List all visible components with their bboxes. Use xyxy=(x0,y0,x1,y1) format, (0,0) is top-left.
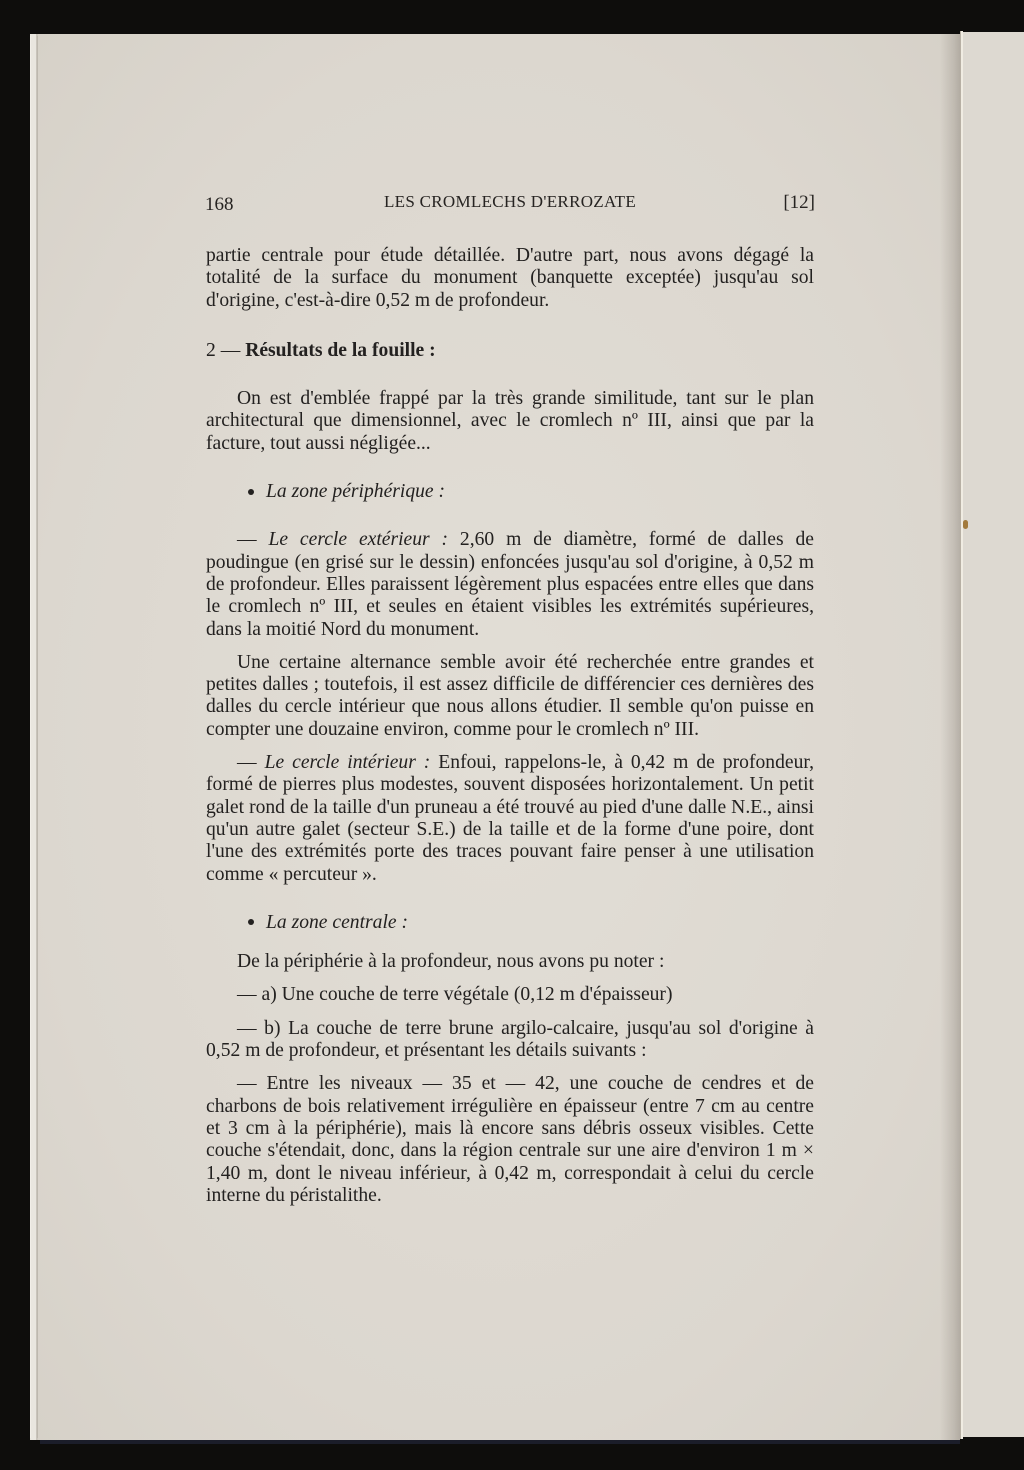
paragraph-alternance: Une certaine alternance semble avoir été… xyxy=(206,652,814,741)
paragraph-cercle-interieur: — Le cercle intérieur : Enfoui, rappelon… xyxy=(206,752,814,886)
bullet-label: La zone périphérique : xyxy=(266,481,445,502)
bullet-icon xyxy=(248,919,254,925)
running-title: LES CROMLECHS D'ERROZATE xyxy=(205,192,815,212)
facing-page-edge xyxy=(963,32,1024,1437)
paragraph-similitude: On est d'emblée frappé par la très grand… xyxy=(206,388,814,455)
section-title: Résultats de la fouille : xyxy=(245,340,435,361)
paragraph-niveaux: — Entre les niveaux — 35 et — 42, une co… xyxy=(206,1073,814,1207)
body-text: partie centrale pour étude détaillée. D'… xyxy=(206,245,814,1207)
bullet-zone-centrale: La zone centrale : xyxy=(206,912,814,934)
page-stack-edges xyxy=(30,36,38,1438)
section-number: 2 — xyxy=(206,340,245,361)
paragraph-cercle-exterieur: — Le cercle extérieur : 2,60 m de diamèt… xyxy=(206,529,814,640)
term-label: Le cercle intérieur : xyxy=(265,752,431,773)
section-heading: 2 — Résultats de la fouille : xyxy=(206,340,814,362)
list-item-b: — b) La couche de terre brune argilo-cal… xyxy=(206,1018,814,1063)
intro-paragraph: partie centrale pour étude détaillée. D'… xyxy=(206,245,814,312)
section-reference: [12] xyxy=(783,192,815,214)
running-header: 168 LES CROMLECHS D'ERROZATE [12] xyxy=(205,192,815,218)
bullet-label: La zone centrale : xyxy=(266,912,408,933)
paragraph-zone-centrale-intro: De la périphérie à la profondeur, nous a… xyxy=(206,951,814,973)
dash-lead: — xyxy=(237,752,265,773)
term-label: Le cercle extérieur : xyxy=(268,529,448,550)
paper-stain xyxy=(963,520,968,529)
gutter-shadow xyxy=(940,34,960,1440)
bullet-zone-peripherique: La zone périphérique : xyxy=(206,481,814,503)
list-item-a: — a) Une couche de terre végétale (0,12 … xyxy=(206,984,814,1006)
page-bottom-shadow xyxy=(40,1440,960,1444)
book-spine xyxy=(960,31,963,1439)
dash-lead: — xyxy=(237,529,268,550)
bullet-icon xyxy=(248,489,254,495)
